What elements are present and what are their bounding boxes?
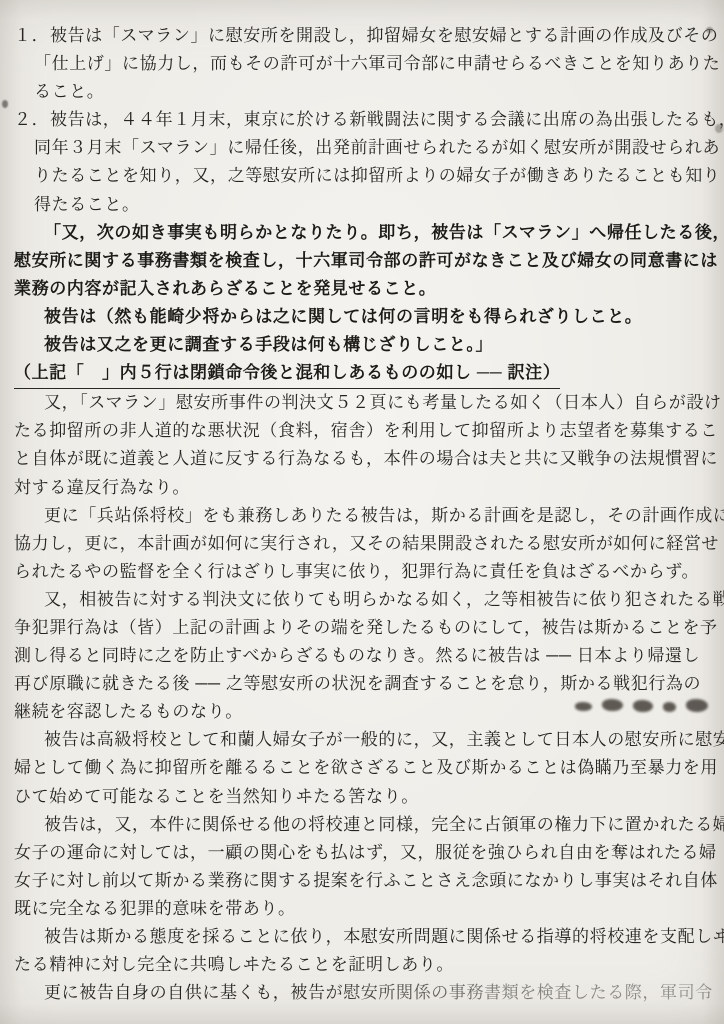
line-text: 継続を容認したるものなり。 — [14, 702, 243, 721]
text-line: 同年３月末「スマラン」に帰任後，出発前計画せられたるが如く慰安所が開設せられあ — [34, 134, 712, 162]
line-text: 既に完全なる犯罪的意味を帯あり。 — [14, 899, 296, 918]
line-text: 測し得ると同時に之を防止すべからざるものなりき。然るに被告は ── 日本より帰還… — [14, 646, 700, 665]
item-number: ２． — [14, 106, 50, 134]
text-line: られたるやの監督を全く行はざりし事実に依り，犯罪行為に責任を負はざるべからず。 — [14, 558, 712, 586]
text-line: 「仕上げ」に協力し，而もその許可が十六軍司令部に申請せらるべきことを知りありた — [34, 50, 712, 78]
text-line: 被告は（然も能崎少将からは之に関しては何の言明をも得られざりしこと。 — [14, 303, 712, 331]
line-text: 被告は高級将校として和蘭人婦女子が一般的に，又，主義として日本人の慰安所に慰安 — [44, 730, 724, 749]
ink-bleed-smudge — [686, 699, 708, 712]
line-text: 同年３月末「スマラン」に帰任後，出発前計画せられたるが如く慰安所が開設せられあ — [34, 138, 720, 157]
scan-speck — [715, 124, 723, 133]
ink-bleed-smudge — [575, 702, 592, 711]
line-text: 対する違反行為なり。 — [14, 478, 190, 497]
text-line: 又，「スマラン」慰安所事件の判決文５２頁にも考量したる如く（日本人）自らが設け — [14, 389, 712, 417]
text-line: 又，相被告に対する判決文に依りても明らかなる如く，之等相被告に依り犯されたる戦 — [14, 586, 712, 614]
text-line: 業務の内容が記入されあらざることを発見せること。 — [14, 275, 712, 303]
line-text: 「仕上げ」に協力し，而もその許可が十六軍司令部に申請せらるべきことを知りありた — [34, 54, 720, 73]
line-text: 被告は，４４年１月末，東京に於ける新戦闘法に関する会議に出席の為出張したるも， — [50, 110, 724, 129]
item-number: １． — [14, 22, 50, 50]
text-line: 「又，次の如き事実も明らかとなりたり。即ち，被告は「スマラン」へ帰任したる後， — [14, 219, 712, 247]
line-text: 被告は斯かる態度を採ることに依り，本慰安所問題に関係せる指導的将校連を支配しヰ — [44, 927, 724, 946]
line-text: 更に被告自身の自供に基くも，被告が慰安所関係の事務書類を検査したる際，軍司令部 — [44, 983, 724, 1002]
text-line: 被告は又之を更に調査する手段は何も構じざりしこと。」 — [14, 331, 712, 359]
text-line: 協力し，更に，本計画が如何に実行され，又その結果開設されたる慰安所が如何に経営せ — [14, 530, 712, 558]
text-line: 対する違反行為なり。 — [14, 474, 712, 502]
text-line: 被告は斯かる態度を採ることに依り，本慰安所問題に関係せる指導的将校連を支配しヰ — [14, 923, 712, 951]
line-text: 婦として働く為に抑留所を離るることを欲さざること及び斯かることは偽瞞乃至暴力を用 — [14, 758, 718, 777]
line-text: 女子に対し前以て斯かる業務に関する提案を行ふことさえ念頭になかりし事実はそれ自体 — [14, 871, 718, 890]
text-line: りたることを知り，又，之等慰安所には抑留所よりの婦女子が働きありたることも知り — [34, 162, 712, 190]
line-text: （上記「 」内５行は閉鎖命令後と混和しあるものの如し ── 訳注） — [14, 359, 560, 389]
line-text: りたることを知り，又，之等慰安所には抑留所よりの婦女子が働きありたることも知り — [34, 166, 720, 185]
line-text: 被告は（然も能崎少将からは之に関しては何の言明をも得られざりしこと。 — [44, 307, 642, 326]
text-line: 婦として働く為に抑留所を離るることを欲さざること及び斯かることは偽瞞乃至暴力を用 — [14, 754, 712, 782]
text-line: たる抑留所の非人道的な悪状況（食料，宿舎）を利用して抑留所より志望者を募集するこ — [14, 417, 712, 445]
line-text: 被告は「スマラン」に慰安所を開設し，抑留婦女を慰安婦とする計画の作成及びその — [50, 26, 718, 45]
scan-speck — [2, 100, 8, 108]
text-line: 被告は，又，本件に関係せる他の将校連と同様，完全に占領軍の権力下に置かれたる婦 — [14, 811, 712, 839]
line-text: 被告は又之を更に調査する手段は何も構じざりしこと。」 — [44, 335, 493, 354]
text-line: 再び原職に就きたる後 ── 之等慰安所の状況を調査することを怠り，斯かる戦犯行為… — [14, 670, 712, 698]
line-text: ひて始めて可能なることを当然知りヰたる筈なり。 — [14, 787, 419, 806]
text-line: （上記「 」内５行は閉鎖命令後と混和しあるものの如し ── 訳注） — [14, 359, 712, 389]
text-line: 女子に対し前以て斯かる業務に関する提案を行ふことさえ念頭になかりし事実はそれ自体 — [14, 867, 712, 895]
text-line: 測し得ると同時に之を防止すべからざるものなりき。然るに被告は ── 日本より帰還… — [14, 642, 712, 670]
line-text: 女子の運命に対しては，一顧の関心をも払はず，又，服従を強ひられ自由を奪はれたる婦 — [14, 843, 717, 862]
text-line: 更に「兵站係将校」をも兼務しありたる被告は，斯かる計画を是認し，その計画作成に — [14, 502, 712, 530]
text-line: たる精神に対し完全に共鳴しヰたることを証明しあり。 — [14, 951, 712, 979]
line-text: 更に「兵站係将校」をも兼務しありたる被告は，斯かる計画を是認し，その計画作成に — [44, 506, 724, 525]
line-text: 再び原職に就きたる後 ── 之等慰安所の状況を調査することを怠り，斯かる戦犯行為… — [14, 674, 701, 693]
line-text: たる抑留所の非人道的な悪状況（食料，宿舎）を利用して抑留所より志望者を募集するこ — [14, 421, 718, 440]
text-line: 被告は高級将校として和蘭人婦女子が一般的に，又，主義として日本人の慰安所に慰安 — [14, 726, 712, 754]
scan-speck — [706, 27, 713, 33]
line-text: と自体が既に道義と人道に反する行為なるも，本件の場合は夫と共に又戦争の法規慣習に — [14, 449, 718, 468]
text-line: 慰安所に関する事務書類を検査し，十六軍司令部の許可がなきこと及び婦女の同意書には — [14, 247, 712, 275]
line-text: 得たること。 — [34, 195, 140, 214]
line-text: 又，相被告に対する判決文に依りても明らかなる如く，之等相被告に依り犯されたる戦 — [44, 590, 724, 609]
line-text: 協力し，更に，本計画が如何に実行され，又その結果開設されたる慰安所が如何に経営せ — [14, 534, 719, 553]
line-text: 「又，次の如き事実も明らかとなりたり。即ち，被告は「スマラン」へ帰任したる後， — [44, 223, 724, 242]
ink-bleed-smudge — [633, 700, 653, 712]
line-text: ること。 — [34, 82, 104, 101]
text-line: ること。 — [34, 78, 712, 106]
line-text: 被告は，又，本件に関係せる他の将校連と同様，完全に占領軍の権力下に置かれたる婦 — [44, 815, 724, 834]
text-line: 女子の運命に対しては，一顧の関心をも払はず，又，服従を強ひられ自由を奪はれたる婦 — [14, 839, 712, 867]
ink-bleed-smudge — [663, 702, 676, 712]
line-text: 争犯罪行為は（皆）上記の計画よりその端を発したるものにして，被告は斯かることを予 — [14, 618, 718, 637]
text-line: 争犯罪行為は（皆）上記の計画よりその端を発したるものにして，被告は斯かることを予 — [14, 614, 712, 642]
line-text: たる精神に対し完全に共鳴しヰたることを証明しあり。 — [14, 955, 454, 974]
numbered-list-line: １．被告は「スマラン」に慰安所を開設し，抑留婦女を慰安婦とする計画の作成及びその — [14, 22, 712, 50]
numbered-list-line: ２．被告は，４４年１月末，東京に於ける新戦闘法に関する会議に出席の為出張したるも… — [14, 106, 712, 134]
ink-bleed-smudge — [602, 699, 623, 711]
line-text: 又，「スマラン」慰安所事件の判決文５２頁にも考量したる如く（日本人）自らが設け — [44, 393, 722, 412]
text-line: と自体が既に道義と人道に反する行為なるも，本件の場合は夫と共に又戦争の法規慣習に — [14, 445, 712, 473]
document-text-block: １．被告は「スマラン」に慰安所を開設し，抑留婦女を慰安婦とする計画の作成及びその… — [14, 22, 712, 1007]
line-text: 慰安所に関する事務書類を検査し，十六軍司令部の許可がなきこと及び婦女の同意書には — [14, 251, 718, 270]
text-line: 既に完全なる犯罪的意味を帯あり。 — [14, 895, 712, 923]
line-text: 業務の内容が記入されあらざることを発見せること。 — [14, 279, 436, 298]
text-line: ひて始めて可能なることを当然知りヰたる筈なり。 — [14, 783, 712, 811]
text-line: 更に被告自身の自供に基くも，被告が慰安所関係の事務書類を検査したる際，軍司令部 — [14, 979, 712, 1007]
text-line: 得たること。 — [34, 191, 712, 219]
line-text: られたるやの監督を全く行はざりし事実に依り，犯罪行為に責任を負はざるべからず。 — [14, 562, 699, 581]
